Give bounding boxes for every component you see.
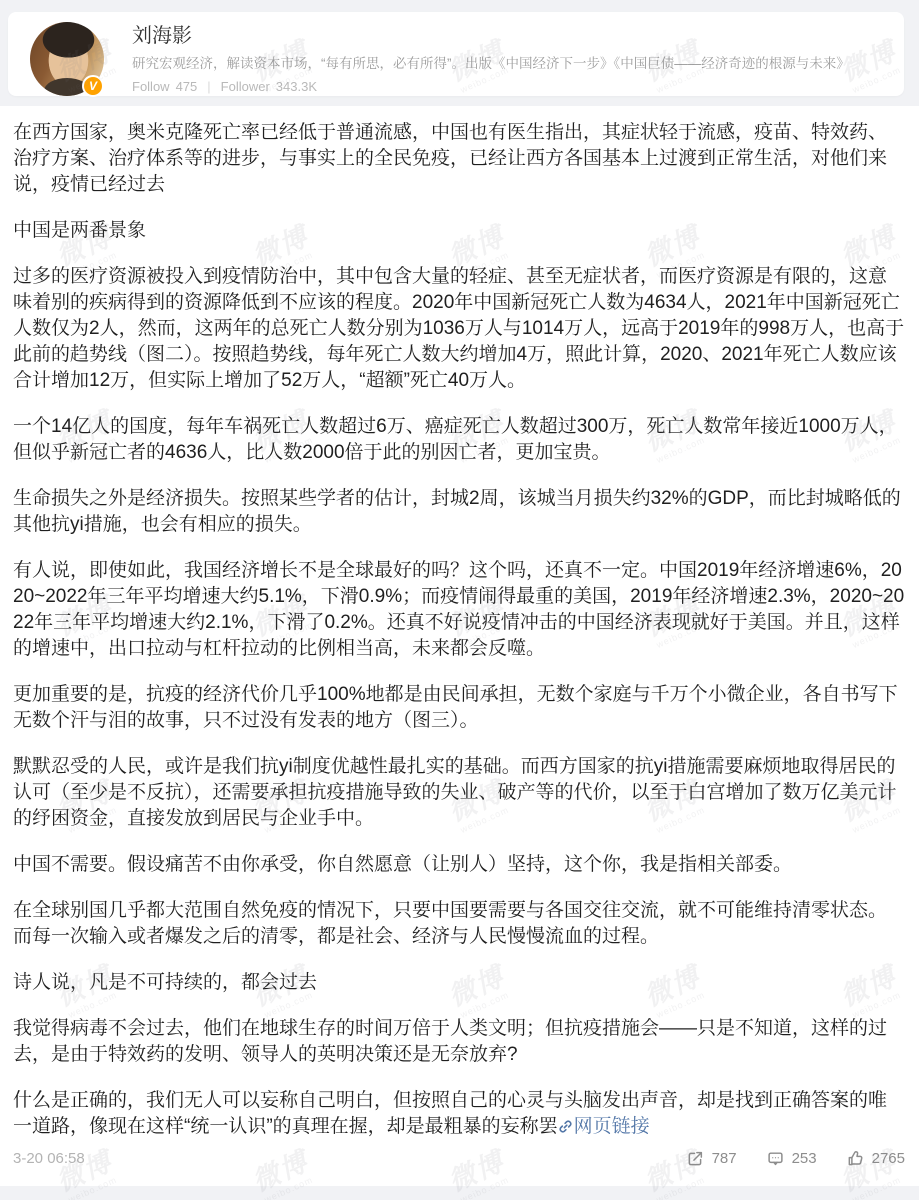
like-count: 2765: [872, 1150, 905, 1167]
post-paragraph: 过多的医疗资源被投入到疫情防治中，其中包含大量的轻症、甚至无症状者，而医疗资源是…: [13, 264, 905, 394]
stats-divider: |: [203, 79, 214, 95]
post-paragraph: 一个14亿人的国度，每年车祸死亡人数超过6万、癌症死亡人数超过300万，死亡人数…: [13, 414, 905, 466]
post-paragraph-text: 什么是正确的，我们无人可以妄称自己明白，但按照自己的心灵与头脑发出声音，却是找到…: [13, 1090, 887, 1137]
post-paragraph: 更加重要的是，抗疫的经济代价几乎100%地都是由民间承担，无数个家庭与千万个小微…: [13, 682, 905, 734]
repost-icon: [687, 1150, 704, 1167]
comment-button[interactable]: 253: [767, 1150, 817, 1167]
webpage-link[interactable]: 网页链接: [558, 1114, 650, 1140]
like-button[interactable]: 2765: [847, 1150, 905, 1167]
follow-label[interactable]: Follow: [132, 79, 170, 95]
post-actions: 787 253: [687, 1150, 905, 1167]
repost-button[interactable]: 787: [687, 1150, 737, 1167]
user-name[interactable]: 刘海影: [132, 24, 884, 48]
post-body-card: 在西方国家，奥米克隆死亡率已经低于普通流感，中国也有医生指出，其症状轻于流感，疫…: [0, 106, 919, 1186]
user-header-card: V 刘海影 研究宏观经济，解读资本市场，“每有所思，必有所得”。出版《中国经济下…: [8, 12, 904, 96]
follow-count[interactable]: 475: [176, 79, 198, 95]
post-paragraph: 有人说，即使如此，我国经济增长不是全球最好的吗？这个吗，还真不一定。中国2019…: [13, 558, 905, 662]
user-info: 刘海影 研究宏观经济，解读资本市场，“每有所思，必有所得”。出版《中国经济下一步…: [132, 24, 884, 95]
weibo-post-page: V 刘海影 研究宏观经济，解读资本市场，“每有所思，必有所得”。出版《中国经济下…: [0, 0, 919, 1200]
follower-label[interactable]: Follower: [221, 79, 270, 95]
user-bio: 研究宏观经济，解读资本市场，“每有所思，必有所得”。出版《中国经济下一步》《中国…: [132, 55, 884, 72]
post-paragraph: 诗人说，凡是不可持续的，都会过去: [13, 970, 905, 996]
webpage-link-label: 网页链接: [574, 1114, 650, 1140]
comment-icon: [767, 1150, 784, 1167]
post-footer: 3-20 06:58 787: [13, 1146, 905, 1170]
comment-count: 253: [792, 1150, 817, 1167]
link-icon: [558, 1119, 573, 1134]
post-paragraph: 中国是两番景象: [13, 218, 905, 244]
post-text: 在西方国家，奥米克隆死亡率已经低于普通流感，中国也有医生指出，其症状轻于流感，疫…: [0, 106, 919, 1140]
post-paragraph: 我觉得病毒不会过去，他们在地球生存的时间万倍于人类文明；但抗疫措施会——只是不知…: [13, 1016, 905, 1068]
post-timestamp[interactable]: 3-20 06:58: [13, 1150, 85, 1167]
post-paragraph: 中国不需要。假设痛苦不由你承受，你自然愿意（让别人）坚持，这个你，我是指相关部委…: [13, 852, 905, 878]
like-icon: [847, 1150, 864, 1167]
post-paragraph: 默默忍受的人民，或许是我们抗yi制度优越性最扎实的基础。而西方国家的抗yi措施需…: [13, 754, 905, 832]
follower-count[interactable]: 343.3K: [276, 79, 317, 95]
post-paragraph: 生命损失之外是经济损失。按照某些学者的估计，封城2周，该城当月损失约32%的GD…: [13, 486, 905, 538]
repost-count: 787: [712, 1150, 737, 1167]
follow-stats: Follow 475 | Follower 343.3K: [132, 79, 884, 95]
post-paragraph: 在全球别国几乎都大范围自然免疫的情况下，只要中国要需要与各国交往交流，就不可能维…: [13, 898, 905, 950]
verified-badge-icon: V: [82, 75, 104, 97]
post-paragraph: 在西方国家，奥米克隆死亡率已经低于普通流感，中国也有医生指出，其症状轻于流感，疫…: [13, 120, 905, 198]
post-paragraph: 什么是正确的，我们无人可以妄称自己明白，但按照自己的心灵与头脑发出声音，却是找到…: [13, 1088, 905, 1140]
